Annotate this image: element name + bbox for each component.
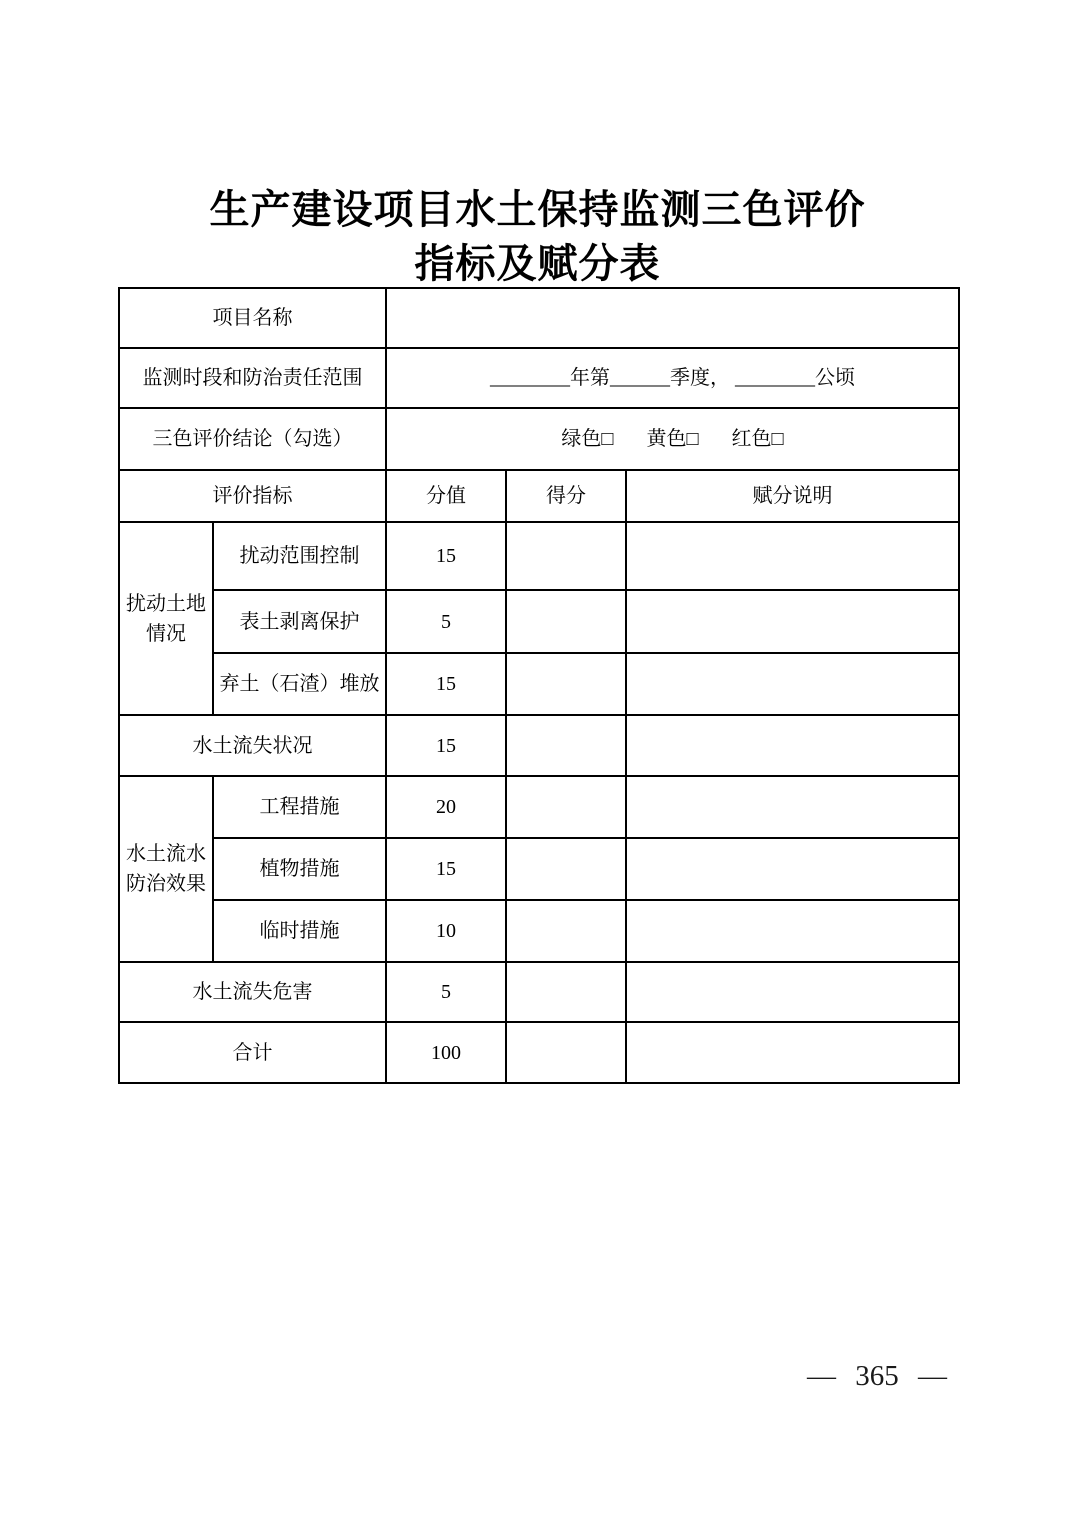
score-obtained-cell bbox=[506, 715, 626, 776]
indicator-score: 10 bbox=[386, 900, 506, 962]
table-header-row: 评价指标 分值 得分 赋分说明 bbox=[119, 470, 959, 522]
scoring-note-cell bbox=[626, 715, 959, 776]
page-number: — 365 — bbox=[807, 1360, 947, 1393]
scoring-note-cell bbox=[626, 590, 959, 653]
conclusion-label: 三色评价结论（勾选） bbox=[119, 408, 386, 470]
scoring-note-cell bbox=[626, 522, 959, 590]
total-label: 合计 bbox=[119, 1022, 386, 1083]
score-table: 项目名称 监测时段和防治责任范围 ________年第______季度， ___… bbox=[118, 287, 960, 1084]
table-row: 合计 100 bbox=[119, 1022, 959, 1083]
table-row: 植物措施 15 bbox=[119, 838, 959, 900]
group-control-effect: 水土流水防治效果 bbox=[119, 776, 213, 962]
period-label: 监测时段和防治责任范围 bbox=[119, 348, 386, 408]
conclusion-option-red: 红色□ bbox=[732, 424, 784, 454]
project-name-value-cell bbox=[386, 288, 959, 348]
indicator-score: 15 bbox=[386, 715, 506, 776]
group-disturbed-land: 扰动土地情况 bbox=[119, 522, 213, 715]
indicator-name: 植物措施 bbox=[213, 838, 386, 900]
document-title-line2: 指标及赋分表 bbox=[0, 237, 1075, 291]
table-row: 水土流失状况 15 bbox=[119, 715, 959, 776]
indicator-score: 15 bbox=[386, 838, 506, 900]
score-obtained-cell bbox=[506, 522, 626, 590]
score-obtained-cell bbox=[506, 838, 626, 900]
indicator-name: 水土流失危害 bbox=[119, 962, 386, 1022]
indicator-score: 20 bbox=[386, 776, 506, 838]
header-indicator: 评价指标 bbox=[119, 470, 386, 522]
indicator-score: 15 bbox=[386, 653, 506, 715]
document-page: 生产建设项目水土保持监测三色评价 指标及赋分表 项目名称 监测时段和防治责任范围… bbox=[0, 0, 1075, 1519]
period-blank-area: ________ bbox=[735, 367, 815, 389]
indicator-name: 扰动范围控制 bbox=[213, 522, 386, 590]
period-value-cell: ________年第______季度， ________公顷 bbox=[386, 348, 959, 408]
indicator-score: 5 bbox=[386, 590, 506, 653]
table-row: 表土剥离保护 5 bbox=[119, 590, 959, 653]
scoring-note-cell bbox=[626, 900, 959, 962]
scoring-note-cell bbox=[626, 776, 959, 838]
scoring-note-cell bbox=[626, 962, 959, 1022]
conclusion-option-yellow: 黄色□ bbox=[646, 424, 698, 454]
indicator-name: 临时措施 bbox=[213, 900, 386, 962]
period-text-year: 年第 bbox=[570, 367, 610, 389]
header-score-obtained: 得分 bbox=[506, 470, 626, 522]
header-scoring-note: 赋分说明 bbox=[626, 470, 959, 522]
total-score: 100 bbox=[386, 1022, 506, 1083]
indicator-name: 水土流失状况 bbox=[119, 715, 386, 776]
scoring-note-cell bbox=[626, 1022, 959, 1083]
period-blank-quarter: ______ bbox=[610, 367, 670, 389]
conclusion-options-cell: 绿色□ 黄色□ 红色□ bbox=[386, 408, 959, 470]
table-row: 水土流水防治效果 工程措施 20 bbox=[119, 776, 959, 838]
table-row: 临时措施 10 bbox=[119, 900, 959, 962]
period-text-area: 公顷 bbox=[815, 367, 855, 389]
table-row: 监测时段和防治责任范围 ________年第______季度， ________… bbox=[119, 348, 959, 408]
score-obtained-cell bbox=[506, 1022, 626, 1083]
period-blank-year: ________ bbox=[490, 367, 570, 389]
score-obtained-cell bbox=[506, 653, 626, 715]
score-obtained-cell bbox=[506, 590, 626, 653]
score-obtained-cell bbox=[506, 776, 626, 838]
period-text-quarter: 季度， bbox=[670, 367, 730, 389]
indicator-score: 5 bbox=[386, 962, 506, 1022]
indicator-name: 表土剥离保护 bbox=[213, 590, 386, 653]
scoring-note-cell bbox=[626, 838, 959, 900]
table-row: 三色评价结论（勾选） 绿色□ 黄色□ 红色□ bbox=[119, 408, 959, 470]
table-row: 弃土（石渣）堆放 15 bbox=[119, 653, 959, 715]
table-row: 扰动土地情况 扰动范围控制 15 bbox=[119, 522, 959, 590]
scoring-note-cell bbox=[626, 653, 959, 715]
indicator-name: 工程措施 bbox=[213, 776, 386, 838]
document-title: 生产建设项目水土保持监测三色评价 指标及赋分表 bbox=[0, 183, 1075, 291]
table-row: 水土流失危害 5 bbox=[119, 962, 959, 1022]
indicator-name: 弃土（石渣）堆放 bbox=[213, 653, 386, 715]
score-obtained-cell bbox=[506, 900, 626, 962]
table-row: 项目名称 bbox=[119, 288, 959, 348]
conclusion-option-green: 绿色□ bbox=[561, 424, 613, 454]
document-title-line1: 生产建设项目水土保持监测三色评价 bbox=[0, 183, 1075, 237]
indicator-score: 15 bbox=[386, 522, 506, 590]
score-obtained-cell bbox=[506, 962, 626, 1022]
project-name-label: 项目名称 bbox=[119, 288, 386, 348]
header-score-value: 分值 bbox=[386, 470, 506, 522]
